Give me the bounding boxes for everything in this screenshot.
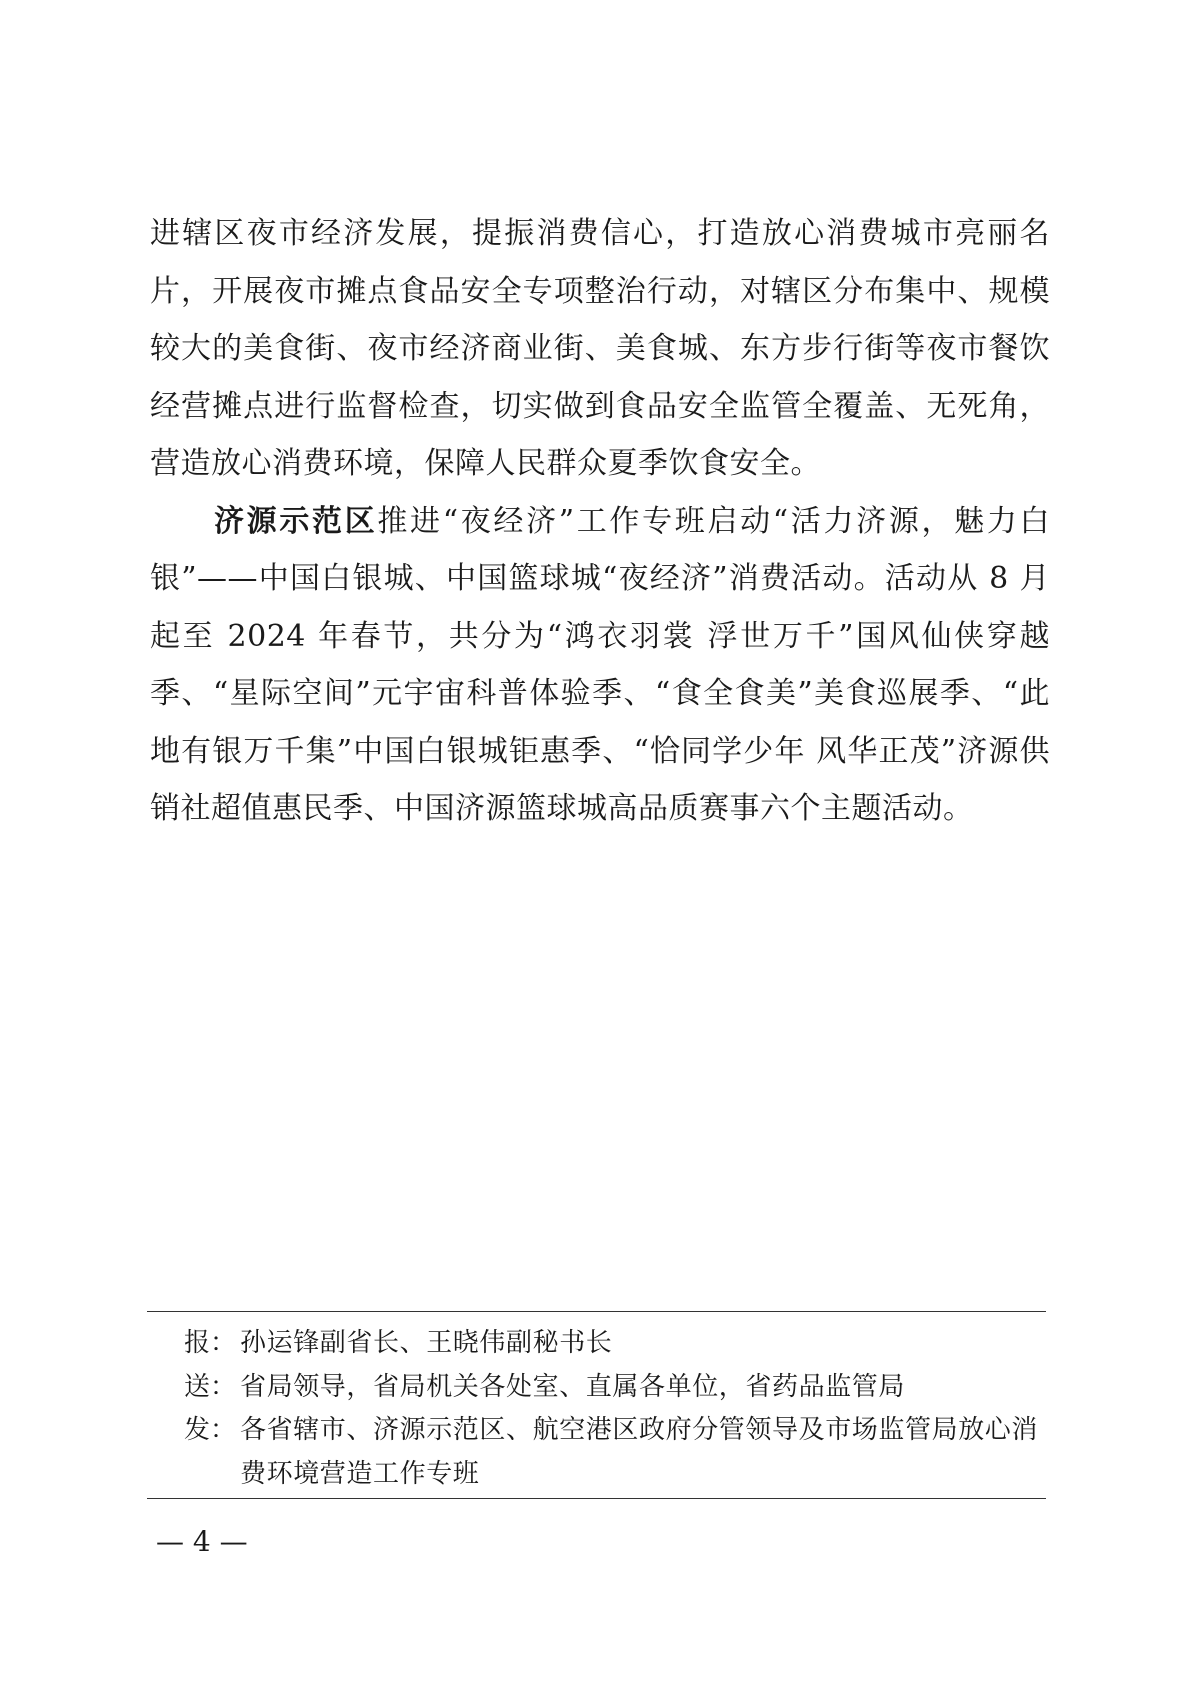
report-recipients: 孙运锋副省长、王晓伟副秘书长: [240, 1322, 1044, 1366]
paragraph-night-market-safety: 进辖区夜市经济发展，提振消费信心，打造放心消费城市亮丽名片，开展夜市摊点食品安全…: [150, 205, 1050, 493]
paragraph-text: 进辖区夜市经济发展，提振消费信心，打造放心消费城市亮丽名片，开展夜市摊点食品安全…: [150, 216, 1050, 481]
distribution-issue-row: 发： 各省辖市、济源示范区、航空港区政府分管领导及市场监管局放心消费环境营造工作…: [184, 1409, 1044, 1496]
report-label: 报：: [184, 1322, 240, 1366]
distribution-bottom-rule: [147, 1498, 1046, 1499]
issue-label: 发：: [184, 1409, 240, 1453]
send-recipients: 省局领导，省局机关各处室、直属各单位，省药品监管局: [240, 1366, 1044, 1410]
document-page: 进辖区夜市经济发展，提振消费信心，打造放心消费城市亮丽名片，开展夜市摊点食品安全…: [0, 0, 1200, 1697]
distribution-report-row: 报： 孙运锋副省长、王晓伟副秘书长: [184, 1322, 1044, 1366]
issue-recipients: 各省辖市、济源示范区、航空港区政府分管领导及市场监管局放心消费环境营造工作专班: [240, 1409, 1044, 1496]
paragraph-text: 推进“夜经济”工作专班启动“活力济源，魅力白银”——中国白银城、中国篮球城“夜经…: [150, 504, 1050, 827]
distribution-send-row: 送： 省局领导，省局机关各处室、直属各单位，省药品监管局: [184, 1366, 1044, 1410]
paragraph-lead-jiyuan: 济源示范区: [214, 504, 377, 539]
page-number: — 4 —: [156, 1524, 248, 1560]
document-body: 进辖区夜市经济发展，提振消费信心，打造放心消费城市亮丽名片，开展夜市摊点食品安全…: [150, 205, 1050, 838]
send-label: 送：: [184, 1366, 240, 1410]
distribution-top-rule: [147, 1311, 1046, 1312]
distribution-block: 报： 孙运锋副省长、王晓伟副秘书长 送： 省局领导，省局机关各处室、直属各单位，…: [184, 1322, 1044, 1496]
paragraph-jiyuan: 济源示范区推进“夜经济”工作专班启动“活力济源，魅力白银”——中国白银城、中国篮…: [150, 493, 1050, 838]
